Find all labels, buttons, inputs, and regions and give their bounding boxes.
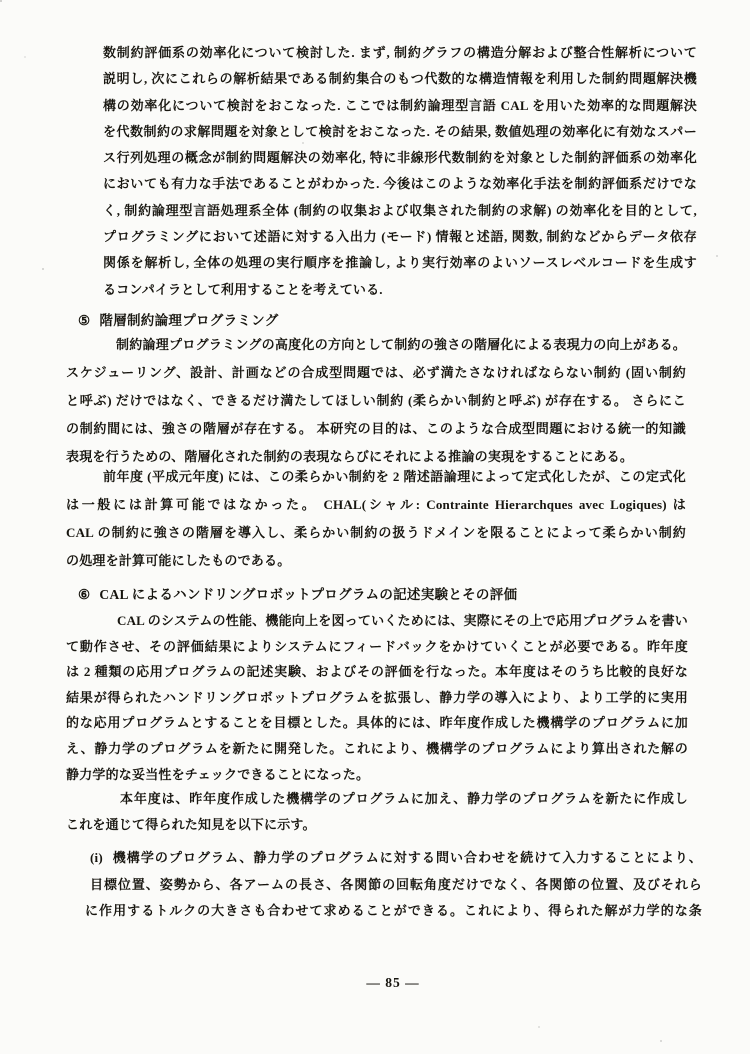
text-line: 的な応用プログラムとすることを目標とした。具体的には、昨年度作成した機構学のプロ…	[66, 710, 688, 736]
section6-heading: ⑥CAL によるハンドリングロボットプログラムの記述実験とその評価	[78, 581, 698, 609]
section6-number: ⑥	[78, 587, 90, 602]
text-line: の処理を計算可能にしたものである。	[66, 547, 686, 575]
text-line: と呼ぶ) だけではなく、できるだけ満たしてほしい制約 (柔らかい制約と呼ぶ) が…	[66, 387, 686, 415]
text-line: 静力学的な妥当性をチェックできることになった。	[66, 762, 688, 788]
section5-paragraph-2: 前年度 (平成元年度) には、この柔らかい制約を 2 階述語論理によって定式化し…	[66, 463, 686, 575]
text-line: 制約論理プログラミングの高度化の方向として制約の強さの階層化による表現力の向上が…	[66, 331, 686, 359]
text-line: の制約間には、強さの階層が存在する。 本研究の目的は、このような合成型問題におけ…	[66, 415, 686, 443]
text-line: え、静力学のプログラムを新たに開発した。これにより、機構学のプログラムにより算出…	[66, 736, 688, 762]
text-line: るコンパイラとして利用することを考えている.	[103, 277, 697, 303]
item-text: 機構学のプログラム、静力学のプログラムに対する問い合わせを続けて入力することによ…	[112, 850, 702, 865]
text-line: 構の効率化について検討をおこなった. ここでは制約論理型言語 CAL を用いた効…	[103, 93, 697, 119]
section6-paragraph-1: CAL のシステムの性能、機能向上を図っていくためには、実際にその上で応用プログ…	[66, 608, 688, 787]
section5-paragraph-1: 制約論理プログラミングの高度化の方向として制約の強さの階層化による表現力の向上が…	[66, 331, 686, 471]
text-line: 関係を解析し, 全体の処理の実行順序を推論し, より実行効率のよいソースレベルコ…	[103, 250, 697, 276]
text-line: スケジューリング、設計、計画などの合成型問題では、必ず満たさなければならない制約…	[66, 359, 686, 387]
intro-paragraph: 数制約評価系の効率化について検討した. まず, 制約グラフの構造分解および整合性…	[103, 40, 697, 303]
text-line: 数制約評価系の効率化について検討した. まず, 制約グラフの構造分解および整合性…	[103, 40, 697, 66]
finding-item-i: (i)機構学のプログラム、静力学のプログラムに対する問い合わせを続けて入力するこ…	[85, 845, 702, 925]
text-line: に作用するトルクの大きさも合わせて求めることができる。これにより、得られた解が力…	[85, 898, 702, 925]
text-line: プログラミングにおいて述語に対する入出力 (モード) 情報と述語, 関数, 制約…	[103, 224, 697, 250]
text-line: 本年度は、昨年度作成した機構学のプログラムに加え、静力学のプログラムを新たに作成…	[66, 786, 688, 812]
text-line: 結果が得られたハンドリングロボットプログラムを拡張し、静力学の導入により、より工…	[66, 685, 688, 711]
text-line: CAL のシステムの性能、機能向上を図っていくためには、実際にその上で応用プログ…	[66, 608, 688, 634]
scan-speckles	[0, 0, 2, 2]
text-line: ス行列処理の概念が制約問題解決の効率化, 特に非線形代数制約を対象とした制約評価…	[103, 145, 697, 171]
item-marker: (i)	[90, 850, 103, 865]
text-line: は 2 種類の応用プログラムの記述実験、およびその評価を行なった。本年度はそのう…	[66, 659, 688, 685]
section6-paragraph-2: 本年度は、昨年度作成した機構学のプログラムに加え、静力学のプログラムを新たに作成…	[66, 786, 688, 837]
text-line: これを通じて得られた知見を以下に示す。	[66, 812, 688, 838]
text-line: を代数制約の求解問題を対象として検討をおこなった. その結果, 数値処理の効率化…	[103, 119, 697, 145]
section6-title: CAL によるハンドリングロボットプログラムの記述実験とその評価	[99, 587, 517, 602]
text-line: 説明し, 次にこれらの解析結果である制約集合のもつ代数的な構造情報を利用した制約…	[103, 66, 697, 92]
text-line: く, 制約論理型言語処理系全体 (制約の収集および収集された制約の求解) の効率…	[103, 198, 697, 224]
section5-number: ⑤	[78, 313, 90, 328]
text-line: 目標位置、姿勢から、各アームの長さ、各関節の回転角度だけでなく、各関節の位置、及…	[85, 872, 702, 899]
text-line: (i)機構学のプログラム、静力学のプログラムに対する問い合わせを続けて入力するこ…	[85, 845, 702, 872]
text-line: 前年度 (平成元年度) には、この柔らかい制約を 2 階述語論理によって定式化し…	[66, 463, 686, 491]
section5-title: 階層制約論理プログラミング	[99, 313, 278, 328]
text-line: CAL の制約に強さの階層を導入し、柔らかい制約の扱うドメインを限ることによって…	[66, 519, 686, 547]
page-number: — 85 —	[0, 975, 750, 991]
text-line: においても有力な手法であることがわかった. 今後はこのような効率化手法を制約評価…	[103, 171, 697, 197]
text-line: は一般には計算可能ではなかった。 CHAL(シャル: Contrainte Hi…	[66, 491, 686, 519]
text-line: て動作させ、その評価結果によりシステムにフィードバックをかけていくことが必要であ…	[66, 634, 688, 660]
